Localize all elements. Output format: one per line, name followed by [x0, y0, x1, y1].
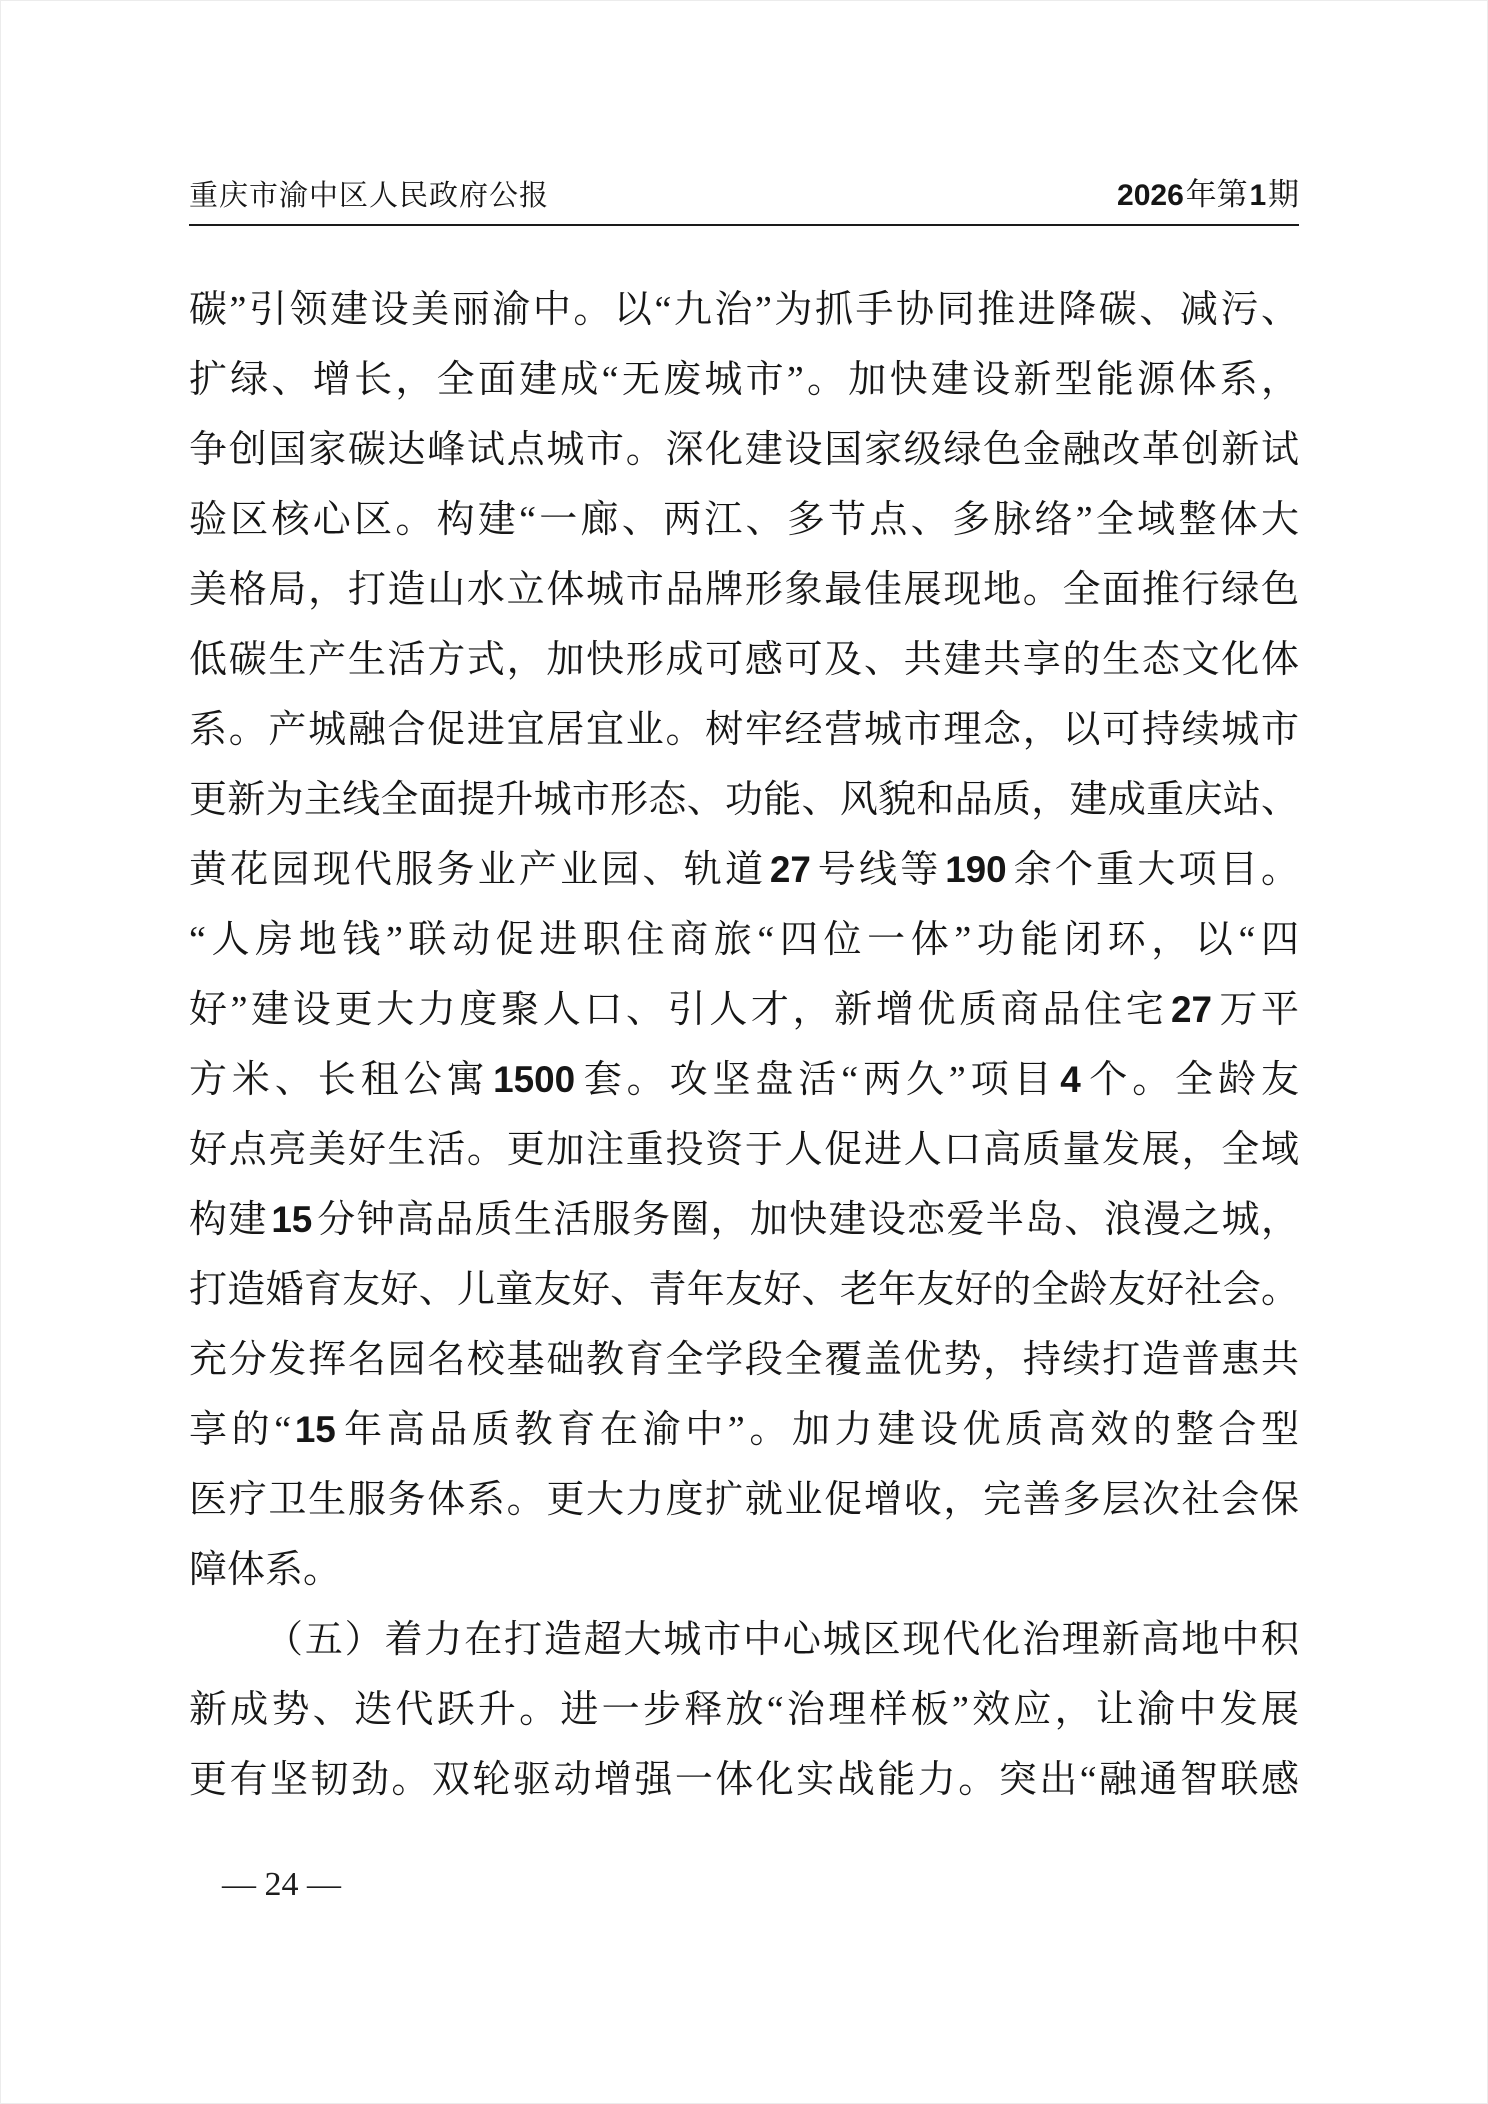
text-line: “人房地钱”联动促进职住商旅“四位一体”功能闭环，以“四 [189, 905, 1299, 975]
numeral: 15 [291, 1409, 339, 1450]
text-line: 黄花园现代服务业产业园、轨道27号线等190余个重大项目。 [189, 835, 1299, 905]
text-line: 低碳生产生活方式，加快形成可感可及、共建共享的生态文化体 [189, 625, 1299, 695]
numeral: 27 [766, 849, 814, 890]
text-line: 更有坚韧劲。双轮驱动增强一体化实战能力。突出“融通智联感 [189, 1745, 1299, 1815]
numeral: 2026 [1115, 179, 1185, 212]
text-line: 构建15分钟高品质生活服务圈，加快建设恋爱半岛、浪漫之城， [189, 1185, 1299, 1255]
numeral: 4 [1057, 1059, 1085, 1100]
text-line: 验区核心区。构建“一廊、两江、多节点、多脉络”全域整体大 [189, 485, 1299, 555]
text-line: 扩绿、增长，全面建成“无废城市”。加快建设新型能源体系， [189, 345, 1299, 415]
header-publication-title: 重庆市渝中区人民政府公报 [189, 178, 549, 214]
header-rule [189, 224, 1299, 226]
text-line: 方米、长租公寓1500套。攻坚盘活“两久”项目4个。全龄友 [189, 1045, 1299, 1115]
text-line: 系。产城融合促进宜居宜业。树牢经营城市理念，以可持续城市 [189, 695, 1299, 765]
gazette-page: 重庆市渝中区人民政府公报 2026年第1期 碳”引领建设美丽渝中。以“九治”为抓… [0, 0, 1488, 2104]
text-line: 打造婚育友好、儿童友好、青年友好、老年友好的全龄友好社会。 [189, 1255, 1299, 1325]
numeral: 1 [1248, 179, 1268, 212]
text-line: 好”建设更大力度聚人口、引人才，新增优质商品住宅27万平 [189, 975, 1299, 1045]
numeral: 1500 [489, 1059, 578, 1100]
numeral: 15 [268, 1199, 316, 1240]
text-line: 障体系。 [189, 1535, 1299, 1605]
text-line: 新成势、迭代跃升。进一步释放“治理样板”效应，让渝中发展 [189, 1675, 1299, 1745]
header-issue-label: 2026年第1期 [1115, 176, 1299, 214]
text-line: 争创国家碳达峰试点城市。深化建设国家级绿色金融改革创新试 [189, 415, 1299, 485]
text-line: 医疗卫生服务体系。更大力度扩就业促增收，完善多层次社会保 [189, 1465, 1299, 1535]
page-footer: — 24 — [222, 1866, 341, 1904]
text-line: 享的“15年高品质教育在渝中”。加力建设优质高效的整合型 [189, 1395, 1299, 1465]
numeral: 27 [1167, 989, 1215, 1030]
page-number: — 24 — [222, 1866, 341, 1903]
text-line: 充分发挥名园名校基础教育全学段全覆盖优势，持续打造普惠共 [189, 1325, 1299, 1395]
text-line: 更新为主线全面提升城市形态、功能、风貌和品质，建成重庆站、 [189, 765, 1299, 835]
text-line: 美格局，打造山水立体城市品牌形象最佳展现地。全面推行绿色 [189, 555, 1299, 625]
text-line: 好点亮美好生活。更加注重投资于人促进人口高质量发展，全域 [189, 1115, 1299, 1185]
body-text: 碳”引领建设美丽渝中。以“九治”为抓手协同推进降碳、减污、扩绿、增长，全面建成“… [189, 275, 1299, 1815]
numeral: 190 [942, 849, 1011, 890]
text-line: 碳”引领建设美丽渝中。以“九治”为抓手协同推进降碳、减污、 [189, 275, 1299, 345]
text-line: （五）着力在打造超大城市中心城区现代化治理新高地中积 [189, 1605, 1299, 1675]
page-header: 重庆市渝中区人民政府公报 2026年第1期 [189, 176, 1299, 214]
